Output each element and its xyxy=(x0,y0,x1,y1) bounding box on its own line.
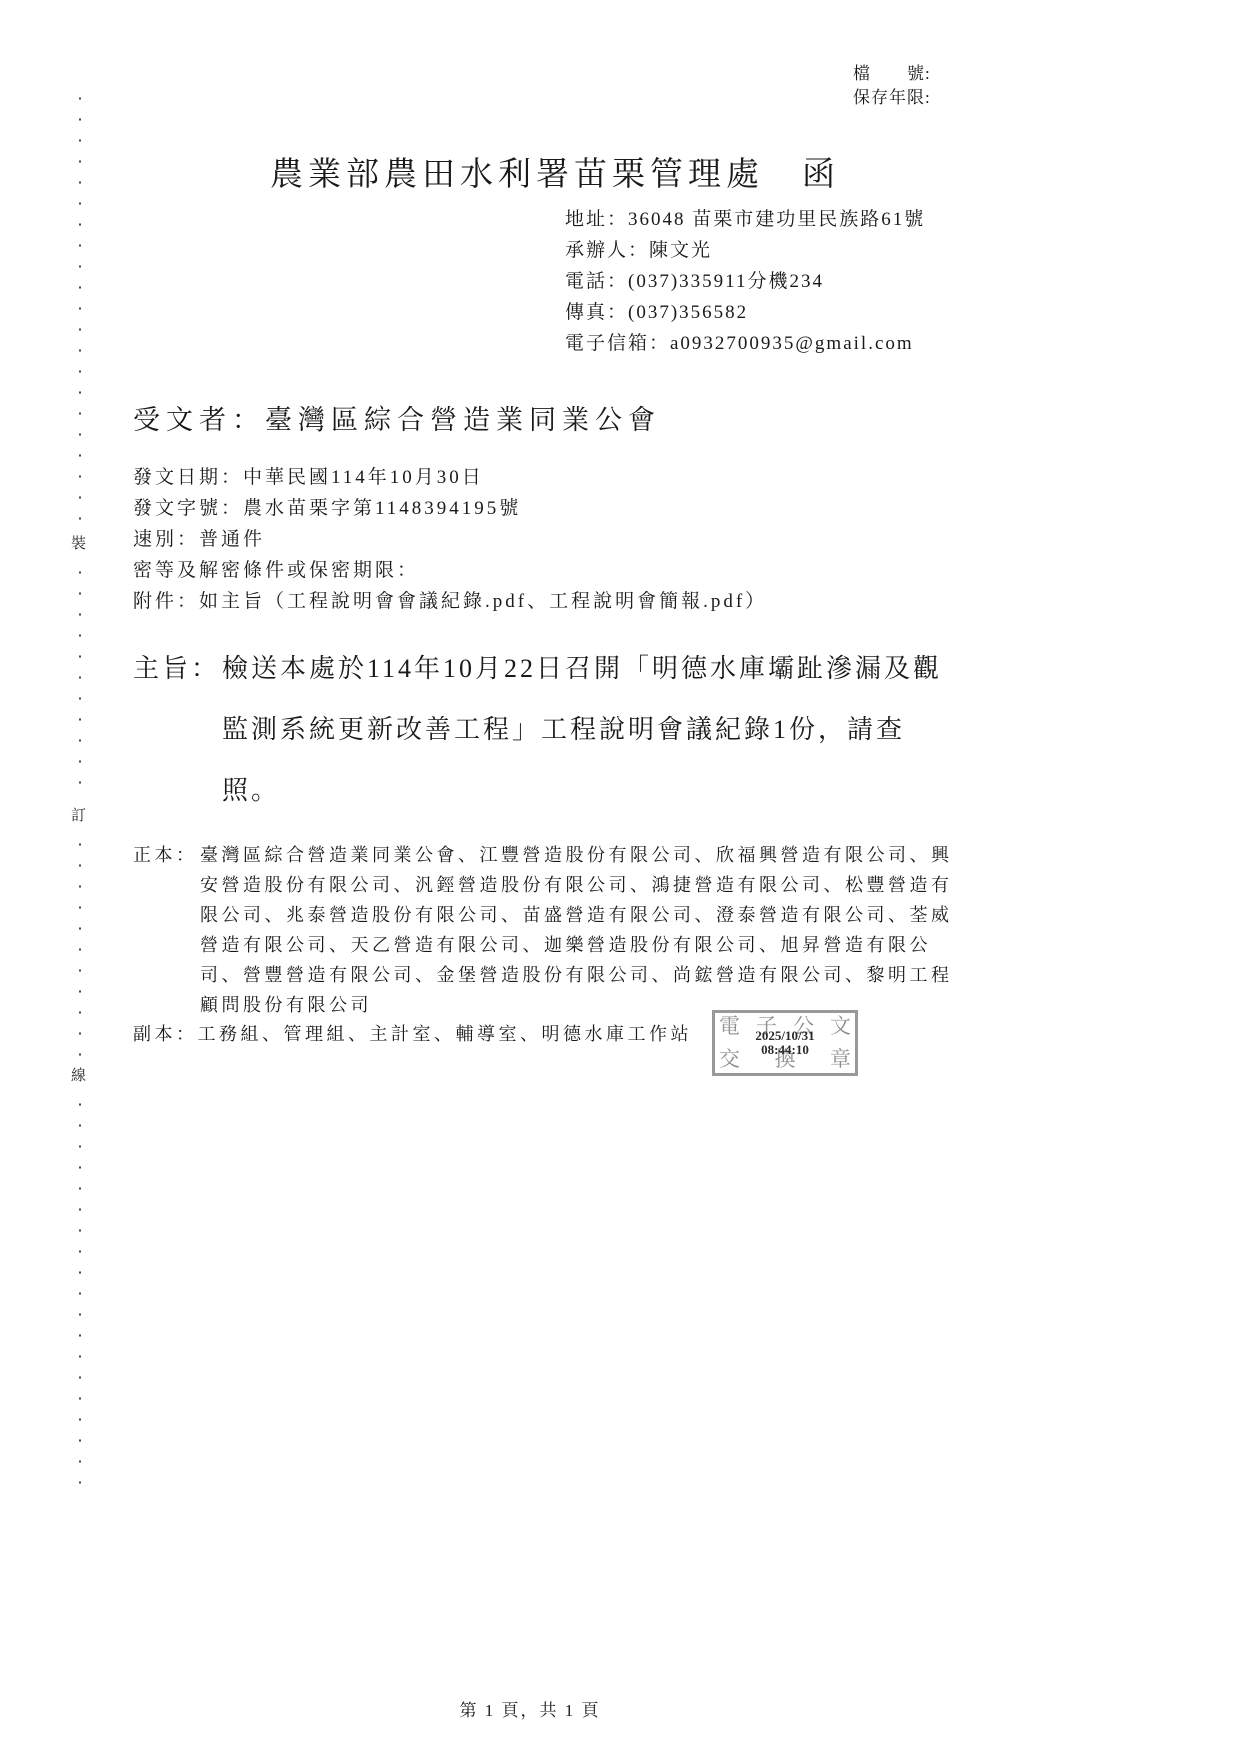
sender-fax: 傳真：(037)356582 xyxy=(565,297,925,328)
primary-recipients-line: 限公司、兆泰營造股份有限公司、苗盛營造有限公司、澄泰營造有限公司、荃威 xyxy=(200,900,953,930)
primary-recipients-text: 臺灣區綜合營造業同業公會、江豐營造股份有限公司、欣福興營造有限公司、興 安營造股… xyxy=(200,840,953,1020)
subject-text: 檢送本處於114年10月22日召開「明德水庫壩趾滲漏及觀 監測系統更新改善工程」… xyxy=(222,648,942,831)
security-line: 密等及解密條件或保密期限： xyxy=(133,555,767,586)
stamp-datetime: 2025/10/31 08:44:10 xyxy=(755,1029,814,1057)
cc-label: 副本： xyxy=(133,1024,198,1044)
subject-line: 檢送本處於114年10月22日召開「明德水庫壩趾滲漏及觀 xyxy=(222,648,942,709)
binding-dotted-line xyxy=(79,834,81,1060)
binding-mark-zhuang: 裝 xyxy=(71,532,86,553)
file-number-block: 檔 號: 保存年限: xyxy=(853,62,931,110)
sender-contact-block: 地址：36048 苗栗市建功里民族路61號 承辦人：陳文光 電話：(037)33… xyxy=(565,204,925,359)
page-footer: 第 1 頁，共 1 頁 xyxy=(0,1696,1060,1721)
official-document-page: 裝 訂 線 檔 號: 保存年限: 農業部農田水利署苗栗管理處 函 地址：3604… xyxy=(0,0,1241,1754)
subject-line: 照。 xyxy=(222,770,942,831)
retention-period-label: 保存年限: xyxy=(853,86,931,110)
cc-line: 工務組、管理組、主計室、輔導室、明德水庫工作站 xyxy=(198,1024,693,1044)
binding-mark-ding: 訂 xyxy=(71,804,86,825)
binding-dotted-line xyxy=(79,562,81,800)
stamp-char: 交 xyxy=(719,1049,740,1070)
primary-recipients-line: 臺灣區綜合營造業同業公會、江豐營造股份有限公司、欣福興營造有限公司、興 xyxy=(200,840,953,870)
subject-label: 主旨： xyxy=(133,648,220,685)
primary-recipients-line: 營造有限公司、天乙營造有限公司、迦樂營造股份有限公司、旭昇營造有限公 xyxy=(200,930,953,960)
stamp-char: 章 xyxy=(830,1049,851,1070)
sender-address: 地址：36048 苗栗市建功里民族路61號 xyxy=(565,204,925,235)
subject-line: 監測系統更新改善工程」工程說明會議紀錄1份，請查 xyxy=(222,709,942,770)
stamp-date: 2025/10/31 xyxy=(755,1029,814,1043)
doc-number-line: 發文字號：農水苗栗字第1148394195號 xyxy=(133,493,767,524)
stamp-char: 文 xyxy=(830,1016,851,1037)
recipient-line: 受文者：臺灣區綜合營造業同業公會 xyxy=(133,398,661,437)
primary-recipients-line: 司、營豐營造有限公司、金堡營造股份有限公司、尚鋐營造有限公司、黎明工程 xyxy=(200,960,953,990)
priority-line: 速別：普通件 xyxy=(133,524,767,555)
cc-recipients-block: 副本：工務組、管理組、主計室、輔導室、明德水庫工作站 xyxy=(133,1020,692,1046)
attachments-line: 附件：如主旨（工程說明會會議紀錄.pdf、工程說明會簡報.pdf） xyxy=(133,586,767,617)
sender-email: 電子信箱：a0932700935@gmail.com xyxy=(565,328,925,359)
sender-phone: 電話：(037)335911分機234 xyxy=(565,266,925,297)
primary-recipients-line: 安營造股份有限公司、汎鋞營造股份有限公司、鴻捷營造有限公司、松豐營造有 xyxy=(200,870,953,900)
binding-mark-xian: 線 xyxy=(71,1064,86,1085)
stamp-time: 08:44:10 xyxy=(755,1043,814,1057)
sender-contact-person: 承辦人：陳文光 xyxy=(565,235,925,266)
file-number-label: 檔 號: xyxy=(853,62,931,86)
stamp-char: 電 xyxy=(719,1016,740,1037)
electronic-exchange-stamp: 電 子 公 文 交 換 章 2025/10/31 08:44:10 xyxy=(712,1010,858,1076)
binding-dotted-line xyxy=(79,1094,81,1496)
subject-block: 主旨： 檢送本處於114年10月22日召開「明德水庫壩趾滲漏及觀 監測系統更新改… xyxy=(133,648,942,831)
issue-date-line: 發文日期：中華民國114年10月30日 xyxy=(133,462,767,493)
document-title: 農業部農田水利署苗栗管理處 函 xyxy=(0,148,1110,195)
document-meta-block: 發文日期：中華民國114年10月30日 發文字號：農水苗栗字第114839419… xyxy=(133,462,767,617)
primary-recipients-label: 正本： xyxy=(133,840,198,870)
primary-recipients-block: 正本： 臺灣區綜合營造業同業公會、江豐營造股份有限公司、欣福興營造有限公司、興 … xyxy=(133,840,953,1020)
